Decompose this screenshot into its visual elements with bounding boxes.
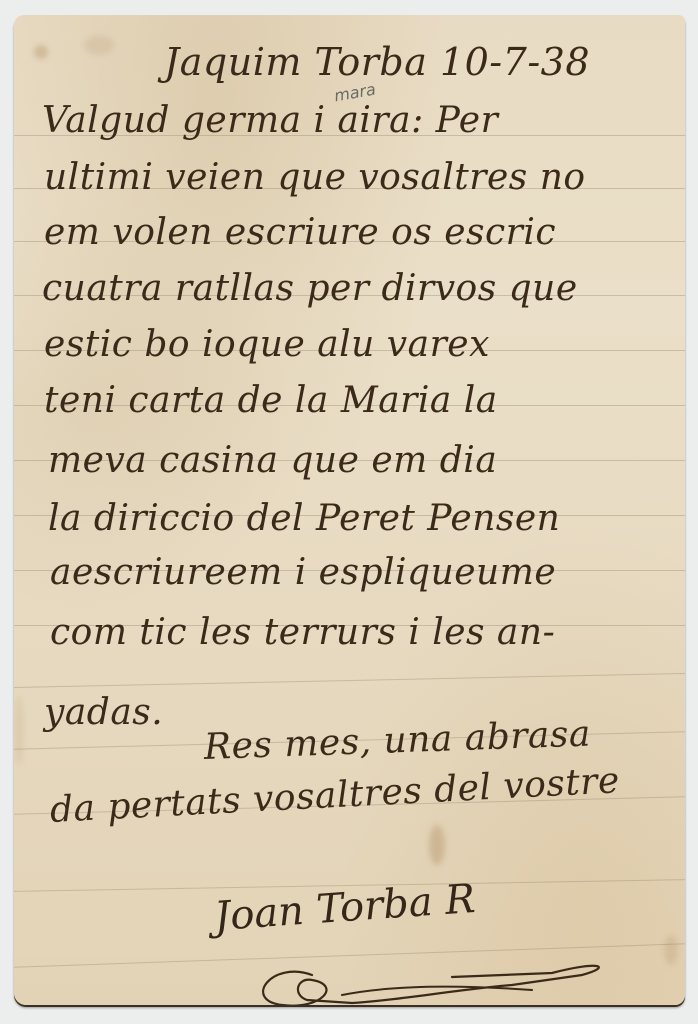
letter-line: aescriureem i espliqueume	[50, 555, 556, 591]
stain	[84, 35, 114, 55]
letter-line: em volen escriure os escric	[44, 215, 556, 251]
letter-line: ultimi veien que vosaltres no	[44, 160, 586, 196]
letter-line: teni carta de la Maria la	[44, 383, 498, 419]
stain	[664, 935, 678, 965]
letter-line: meva casina que em dia	[48, 443, 497, 479]
stain	[429, 825, 445, 865]
signature: Joan Torba R	[213, 876, 477, 940]
postcard: Jaquim Torba 10-7-38 mara Valgud germa i…	[14, 15, 685, 1005]
stain	[34, 45, 48, 59]
letter-line: da pertats vosaltres del vostre	[49, 763, 621, 829]
letter-line: cuatra ratllas per dirvos que	[42, 271, 578, 307]
letter-line: yadas.	[44, 695, 163, 731]
letter-line: com tic les terrurs i les an-	[50, 615, 555, 651]
letter-line: la diriccio del Peret Pensen	[48, 501, 560, 537]
stain	[14, 695, 24, 765]
letter-line: estic bo ioque alu varex	[44, 327, 490, 363]
letter-header: Jaquim Torba 10-7-38	[164, 43, 590, 81]
letter-line: Valgud germa i aira: Per	[42, 103, 498, 139]
signature-flourish-icon	[252, 955, 652, 1005]
ruled-line	[14, 673, 685, 688]
letter-line: Res mes, una abrasa	[203, 717, 591, 766]
